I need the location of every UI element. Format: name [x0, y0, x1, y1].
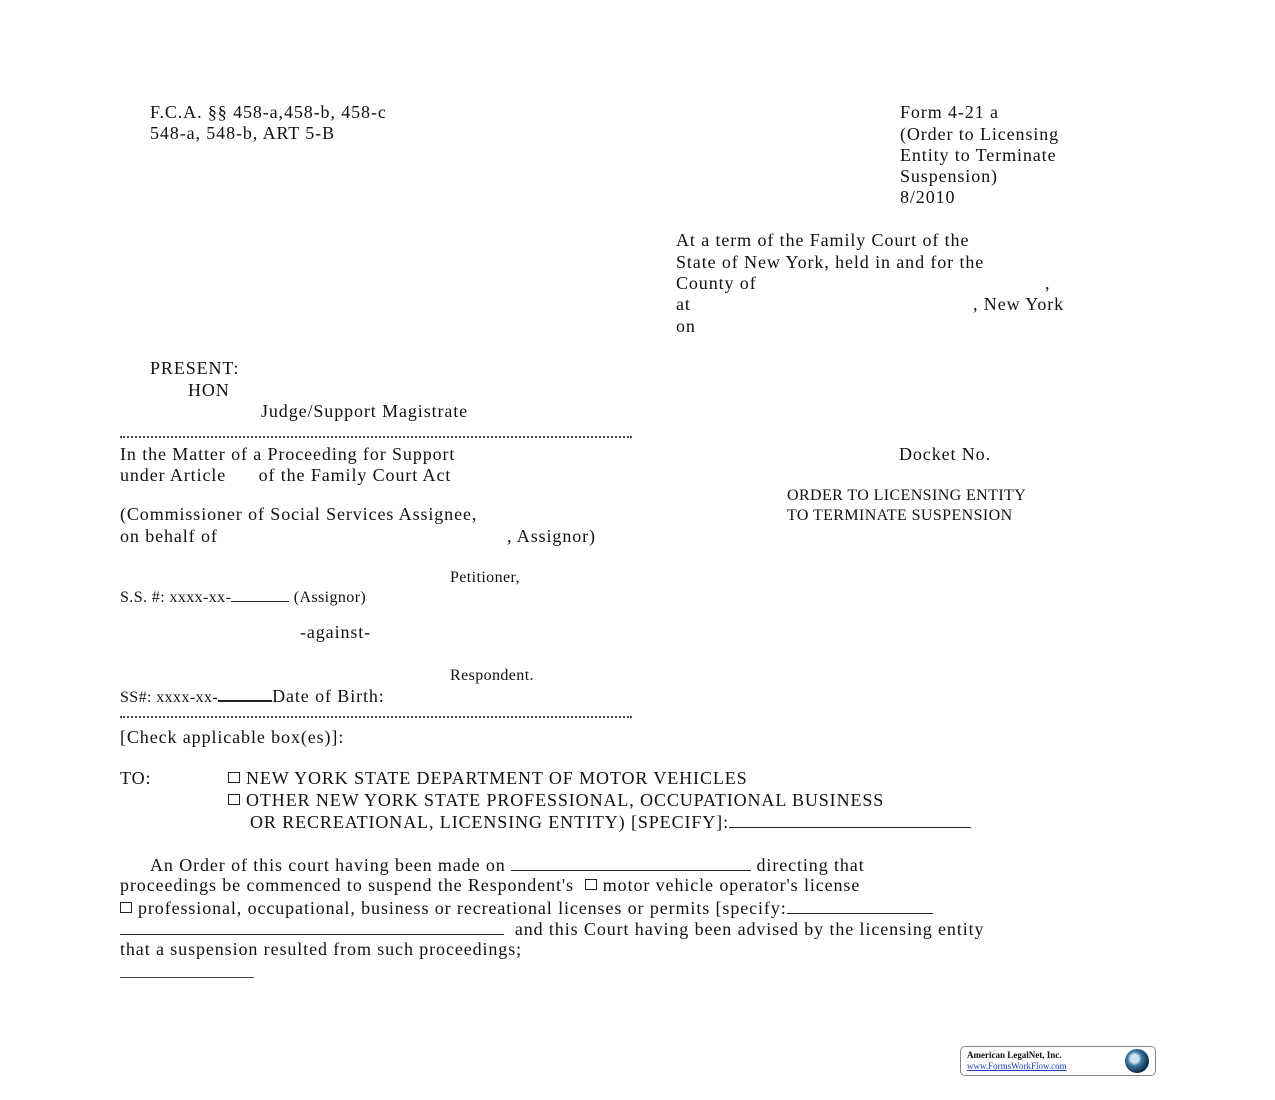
form-date: 8/2010	[900, 187, 955, 208]
assignor-suffix: , Assignor)	[507, 526, 596, 547]
option-other-line-2: OR RECREATIONAL, LICENSING ENTITY) [SPEC…	[250, 811, 971, 833]
logo-url-link[interactable]: www.FormsWorkFlow.com	[967, 1061, 1067, 1071]
at-label: at	[676, 294, 691, 315]
dob-label: Date of Birth:	[272, 686, 385, 706]
new-york-label: , New York	[973, 294, 1064, 315]
option-dmv-label: NEW YORK STATE DEPARTMENT OF MOTOR VEHIC…	[246, 768, 748, 788]
order-date-field[interactable]	[511, 854, 751, 871]
petitioner-ss-prefix: S.S. #: xxxx-xx-	[120, 589, 231, 606]
respondent-ss-field[interactable]	[218, 684, 272, 702]
specify-license-field[interactable]	[787, 897, 933, 914]
option-other-label-1: OTHER NEW YORK STATE PROFESSIONAL, OCCUP…	[246, 790, 884, 810]
court-term-line-2: State of New York, held in and for the	[676, 252, 984, 273]
matter-line-2: under Article of the Family Court Act	[120, 465, 451, 486]
specify-license-continued-field[interactable]	[120, 918, 504, 935]
caption-bottom-divider	[120, 716, 632, 720]
docket-label: Docket No.	[899, 444, 991, 465]
present-label: PRESENT:	[150, 358, 239, 379]
body-line-4: and this Court having been advised by th…	[120, 918, 984, 940]
on-behalf-label: on behalf of	[120, 526, 218, 547]
judge-title: Judge/Support Magistrate	[261, 401, 468, 422]
logo-company-name: American LegalNet, Inc.	[967, 1050, 1061, 1060]
against-label: -against-	[300, 622, 371, 643]
statute-reference-2: 548-a, 548-b, ART 5-B	[150, 123, 335, 144]
county-label: County of	[676, 273, 757, 294]
respondent-ss-prefix: SS#: xxxx-xx-	[120, 689, 218, 706]
order-title-1: ORDER TO LICENSING ENTITY	[787, 485, 1026, 506]
body-line-1: An Order of this court having been made …	[150, 854, 865, 876]
respondent-ss: SS#: xxxx-xx-Date of Birth:	[120, 684, 385, 708]
respondent-label: Respondent.	[450, 665, 534, 686]
order-title-2: TO TERMINATE SUSPENSION	[787, 505, 1013, 526]
checkbox-motor-vehicle-license[interactable]	[585, 879, 597, 890]
american-legalnet-logo: American LegalNet, Inc. www.FormsWorkFlo…	[960, 1046, 1156, 1076]
statute-reference-1: F.C.A. §§ 458-a,458-b, 458-c	[150, 102, 387, 123]
caption-top-divider	[120, 436, 632, 440]
form-description-1: (Order to Licensing	[900, 124, 1059, 145]
petitioner-ss-suffix: (Assignor)	[289, 589, 366, 606]
to-label: TO:	[120, 768, 151, 789]
petitioner-label: Petitioner,	[450, 567, 520, 588]
directing-text: directing that	[757, 855, 865, 875]
option-dmv: NEW YORK STATE DEPARTMENT OF MOTOR VEHIC…	[228, 768, 748, 789]
hon-label: HON	[188, 380, 230, 401]
body-line-5: that a suspension resulted from such pro…	[120, 939, 522, 960]
specify-entity-field[interactable]	[729, 811, 971, 828]
county-comma: ,	[1045, 273, 1050, 294]
petitioner-ss-field[interactable]	[231, 585, 289, 602]
footnote-rule	[120, 977, 254, 978]
globe-icon	[1125, 1049, 1149, 1073]
court-term-line-1: At a term of the Family Court of the	[676, 230, 969, 251]
order-made-text: An Order of this court having been made …	[150, 855, 506, 875]
form-number: Form 4-21 a	[900, 102, 999, 123]
commissioner-line: (Commissioner of Social Services Assigne…	[120, 504, 477, 525]
advised-text: and this Court having been advised by th…	[515, 919, 985, 939]
form-description-3: Suspension)	[900, 166, 998, 187]
proceedings-text: proceedings be commenced to suspend the …	[120, 875, 574, 895]
option-other-entity: OTHER NEW YORK STATE PROFESSIONAL, OCCUP…	[228, 790, 884, 811]
checkbox-professional-license[interactable]	[120, 902, 132, 913]
body-line-2: proceedings be commenced to suspend the …	[120, 875, 860, 896]
on-label: on	[676, 316, 696, 337]
matter-line-1: In the Matter of a Proceeding for Suppor…	[120, 444, 455, 465]
professional-text: professional, occupational, business or …	[138, 898, 787, 918]
motor-vehicle-text: motor vehicle operator's license	[603, 875, 860, 895]
check-instruction: [Check applicable box(es)]:	[120, 727, 344, 748]
form-description-2: Entity to Terminate	[900, 145, 1056, 166]
checkbox-dmv[interactable]	[228, 772, 240, 783]
body-line-3: professional, occupational, business or …	[120, 897, 933, 919]
checkbox-other-entity[interactable]	[228, 794, 240, 805]
petitioner-ss: S.S. #: xxxx-xx- (Assignor)	[120, 585, 366, 608]
option-other-label-2: OR RECREATIONAL, LICENSING ENTITY) [SPEC…	[250, 812, 729, 832]
